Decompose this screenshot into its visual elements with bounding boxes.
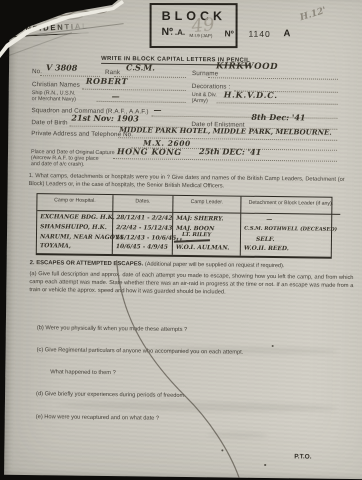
- camps-table: Camp or Hospital. Dates. Camp Leader. De…: [36, 193, 333, 259]
- field-squadron-label: Squadron and Command (R.A.F., A.A.F.): [31, 107, 148, 115]
- table-header-dates: Dates.: [113, 195, 173, 213]
- section1-intro: 1. What camps, detachments or hospitals …: [29, 172, 345, 192]
- pencil-smudge: [208, 432, 268, 438]
- field-address-value-2: M.X. 2600: [143, 138, 191, 148]
- table-cell-dates: 2/2/42 - 15/12/43: [116, 224, 169, 234]
- field-christian-value: ROBERT: [86, 76, 128, 87]
- table-cell-detachment: SELF.: [244, 235, 337, 246]
- table-cell-camp: TOYAMA,: [40, 243, 109, 254]
- field-enlist-value: 8th Dec: '41: [251, 112, 305, 123]
- question-e: (e) How were you recaptured and on what …: [36, 414, 159, 422]
- pto-note: P.T.O.: [294, 453, 311, 460]
- field-squadron-value: —: [153, 105, 161, 115]
- leader-crossed-out: Lt. ————: [176, 237, 208, 243]
- ref-no-label: Nº: [224, 28, 233, 38]
- pencil-smudge: [58, 400, 338, 412]
- question-c-followup: What happened to them ?: [50, 369, 116, 376]
- field-unit-label-2: (Army): [192, 98, 208, 104]
- paper-sheet: CONFIDENTIAL BLOCK Nº 49 . .A. M.I.9 (JA…: [4, 0, 362, 479]
- pencil-annotation: H.12': [299, 6, 328, 24]
- scanned-document: CONFIDENTIAL BLOCK Nº 49 . .A. M.I.9 (JA…: [0, 0, 362, 480]
- table-cell-leader: W.O.I. AULMAN.: [176, 244, 237, 255]
- pencil-strike-line: [0, 0, 362, 480]
- block-stamp-number: 49: [191, 14, 216, 37]
- ref-number: 1140: [248, 29, 270, 39]
- field-christian-label: Christian Names: [32, 81, 80, 89]
- table-cell-detachment: W.O.II. REED.: [244, 245, 337, 256]
- question-b: (b) Were you physically fit when you mad…: [37, 325, 187, 333]
- table-cell-leader: MAJ. BOON: [176, 225, 237, 236]
- table-cell-dates: 10/6/45 - 4/9/45: [116, 244, 169, 254]
- field-capture-label-2: (Aircrew R.A.F. to give place: [31, 155, 99, 162]
- pencil-smudge: [149, 346, 339, 355]
- field-birth-label: Date of Birth: [31, 119, 67, 126]
- table-cell-camp: SHAMSHUIPO, H.K.: [40, 223, 109, 234]
- table-col-camp: EXCHANGE BDG. H.K. SHAMSHUIPO, H.K. NARU…: [37, 211, 114, 254]
- table-cell-leader: MAJ: SHERRY.: [176, 215, 237, 226]
- field-ship-value: —: [112, 91, 120, 101]
- field-enlist-label: Date of Enlistment: [191, 121, 244, 129]
- field-unit-value: H.K.V.D.C.: [224, 89, 278, 100]
- ink-speck: [272, 345, 274, 347]
- instruction-heading: WRITE IN BLOCK CAPITAL LETTERS IN PENCIL: [101, 56, 250, 66]
- block-stamp-title: BLOCK: [162, 9, 226, 23]
- section2-heading: 2. ESCAPES OR ATTEMPTED ESCAPES.: [30, 260, 144, 267]
- field-unit-label: Unit & Div.: [192, 92, 217, 98]
- field-capture-place: HONG KONG: [117, 146, 182, 157]
- block-stamp-no-label: Nº: [162, 26, 173, 38]
- ref-org: M.I.9 (JAP): [189, 33, 212, 38]
- block-number-stamp: BLOCK Nº 49: [150, 3, 238, 48]
- field-decorations-label: Decorations :: [192, 83, 230, 90]
- field-surname-value: KIRKWOOD: [216, 61, 278, 72]
- table-col-detachment: — C.S.M. ROTHWELL (DECEASED) SELF. W.O.I…: [241, 214, 341, 257]
- table-header-detachment: Detachment or Block Leader (if any).: [241, 197, 340, 215]
- section2-heading-row: 2. ESCAPES OR ATTEMPTED ESCAPES. (Additi…: [30, 260, 285, 269]
- leader-correction: LT. RILEY: [182, 232, 211, 238]
- field-birth-value: 21st Nov: 1903: [71, 113, 139, 124]
- field-ship-label-2: or Merchant Navy): [32, 96, 76, 103]
- field-address-label: Private Address and Telephone No.: [31, 130, 133, 138]
- table-cell-dates: 28/12/41 - 2/2/42: [116, 214, 169, 224]
- field-rank-value: C.S.M.: [126, 62, 155, 72]
- field-rank-label: Rank: [105, 69, 120, 76]
- field-no-label: No.: [32, 68, 42, 75]
- ink-speck: [221, 449, 223, 451]
- field-surname-label: Surname: [192, 70, 218, 77]
- field-ship-label: Ship (R.N., U.S.N.: [32, 90, 76, 97]
- section2-heading-note: (Additional paper will be supplied on re…: [145, 261, 285, 269]
- question-a: (a) Give full description and approx. da…: [29, 270, 353, 298]
- field-capture-date: 25th DEC: '41: [199, 146, 261, 157]
- table-header-camp: Camp or Hospital.: [37, 194, 113, 212]
- table-col-leader: MAJ: SHERRY. MAJ. BOON LT. RILEY Lt. ———…: [173, 213, 242, 256]
- table-cell-detachment: C.S.M. ROTHWELL (DECEASED): [244, 225, 337, 236]
- question-c: (c) Give Regimental particulars of anyon…: [37, 347, 244, 356]
- table-cell-dates: 15/12/43 - 10/6/45: [116, 234, 169, 244]
- table-cell-detachment: —: [244, 216, 337, 227]
- ref-prefix: . .A.: [170, 28, 185, 37]
- question-d: (d) Give briefly your experiences during…: [36, 391, 186, 399]
- table-col-dates: 28/12/41 - 2/2/42 2/2/42 - 15/12/43 15/1…: [113, 212, 174, 255]
- field-no-value: V 3808: [46, 62, 77, 72]
- field-address-value: MIDDLE PARK HOTEL, MIDDLE PARK, MELBOURN…: [119, 125, 332, 137]
- field-capture-label-3: and date of a/c crash).: [31, 161, 85, 168]
- table-cell-leader: LT. RILEY Lt. ————: [176, 234, 237, 245]
- table-cell-camp: EXCHANGE BDG. H.K.: [40, 213, 109, 224]
- table-cell-camp: NARUMI, NEAR NAGOYA: [40, 233, 109, 244]
- ref-series: A: [283, 28, 290, 39]
- field-capture-label: Place and Date of Original Capture: [31, 149, 115, 156]
- table-header-leader: Camp Leader.: [173, 196, 241, 214]
- ink-speck: [264, 464, 266, 466]
